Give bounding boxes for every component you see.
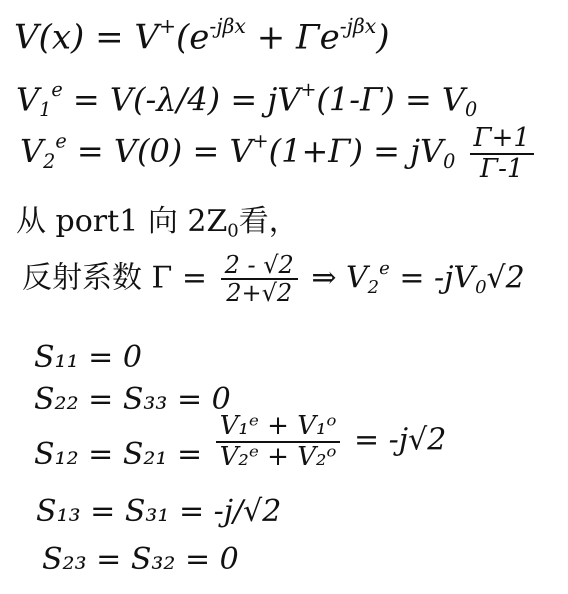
equation-s23-s32: S₂₃ = S₃₂ = 0 <box>42 542 239 577</box>
eq-sub: 2 <box>43 150 55 173</box>
eq-text: V <box>20 132 43 170</box>
eq-sub: 0 <box>443 150 455 173</box>
note-port1: 从 port1 向 2Z0看， <box>16 196 299 241</box>
fraction-denominator: 2+√2 <box>222 280 296 306</box>
eq-text: S₁₃ = S₃₁ = -j/√2 <box>36 494 281 529</box>
eq-text: V(x) = <box>14 17 124 57</box>
eq-text: (e <box>176 17 209 57</box>
eq-sub: 1 <box>39 98 51 121</box>
eq-sub: 2 <box>368 277 379 298</box>
fraction-denominator: Γ-1 <box>476 155 527 184</box>
eq-text: ) <box>376 17 389 57</box>
equation-s12-s21: S₁₂ = S₂₁ = V₁ᵉ + V₁ᵒ V₂ᵉ + V₂ᵒ = -j√2 <box>34 412 446 471</box>
eq-sup: e <box>379 258 390 279</box>
eq-text: S₁₂ = S₂₁ = <box>34 437 202 472</box>
implies-arrow: ⇒ V <box>311 260 367 295</box>
equation-v-x: V(x) = V+(e-jβx + Γe-jβx) <box>14 14 390 57</box>
eq-sub: 0 <box>465 98 477 121</box>
eq-sup: + <box>159 14 176 38</box>
equation-v1e: V1e = V(-λ/4) = jV+(1-Γ) = V0 <box>16 78 477 121</box>
eq-sub: 0 <box>475 277 486 298</box>
fraction-numerator: Γ+1 <box>470 124 534 155</box>
eq-sup: e <box>51 78 62 101</box>
eq-text: V <box>16 80 39 118</box>
fraction-gamma: Γ+1 Γ-1 <box>470 124 534 183</box>
note-text: 从 port1 向 2Z <box>16 204 227 239</box>
eq-text: S₂₃ = S₃₂ = 0 <box>42 542 239 577</box>
eq-sub: 0 <box>227 220 238 241</box>
fraction-numerator: 2 - √2 <box>221 252 298 280</box>
eq-text: = -j√2 <box>354 423 446 458</box>
equation-v2e: V2e = V(0) = V+(1+Γ) = jV0 Γ+1 Γ-1 <box>20 124 538 183</box>
fraction-numerator: V₁ᵉ + V₁ᵒ <box>216 412 341 443</box>
eq-text: S₁₁ = 0 <box>34 340 142 375</box>
eq-text: √2 <box>487 260 525 295</box>
eq-text: V <box>134 17 159 57</box>
note-text: 看， <box>239 204 299 239</box>
eq-sup: e <box>55 130 66 153</box>
eq-text: = V(0) = V <box>67 132 253 170</box>
fraction-reflection: 2 - √2 2+√2 <box>221 252 298 307</box>
eq-text: (1-Γ) = V <box>316 80 465 118</box>
eq-text: 反射系数 Γ = <box>22 260 207 295</box>
equation-reflection-coefficient: 反射系数 Γ = 2 - √2 2+√2 ⇒ V2e = -jV0√2 <box>22 252 525 307</box>
eq-sup: -jβx <box>340 14 377 38</box>
eq-sup: + <box>253 130 269 153</box>
eq-text: = V(-λ/4) = jV <box>63 80 301 118</box>
fraction-denominator: V₂ᵉ + V₂ᵒ <box>216 443 341 472</box>
eq-text: + Γe <box>246 17 340 57</box>
fraction-s12: V₁ᵉ + V₁ᵒ V₂ᵉ + V₂ᵒ <box>216 412 341 471</box>
equation-s13-s31: S₁₃ = S₃₁ = -j/√2 <box>36 494 281 529</box>
eq-sup: + <box>300 78 316 101</box>
equation-s11: S₁₁ = 0 <box>34 340 142 375</box>
eq-sup: -jβx <box>209 14 246 38</box>
eq-text: = -jV <box>390 260 475 295</box>
eq-text: (1+Γ) = jV <box>269 132 444 170</box>
